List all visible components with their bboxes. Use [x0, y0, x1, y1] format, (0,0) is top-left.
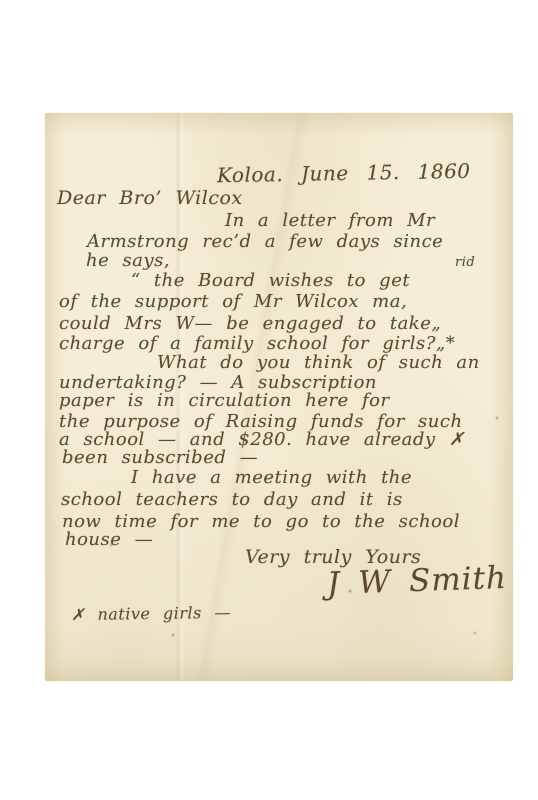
- letter-line: I have a meeting with the: [131, 467, 412, 488]
- letter-line: he says,: [86, 250, 170, 271]
- letter-line: of the support of Mr Wilcox ma,: [59, 291, 407, 312]
- letter-line: In a letter from Mr: [225, 210, 435, 231]
- inserted-word-rid: rid: [455, 255, 475, 270]
- dateline: Koloa. June 15. 1860: [217, 159, 471, 187]
- letter-line: Armstrong rec’d a few days since: [87, 231, 443, 252]
- letter-line: been subscribed —: [62, 447, 258, 468]
- scan-view: Koloa. June 15. 1860 Dear Bro’ Wilcox In…: [0, 0, 538, 800]
- salutation: Dear Bro’ Wilcox: [57, 187, 243, 209]
- letter-line: paper is in circulation here for: [59, 390, 390, 411]
- letter-line: charge of a family school for girls?„*: [59, 333, 455, 354]
- letter-paper: Koloa. June 15. 1860 Dear Bro’ Wilcox In…: [45, 113, 513, 681]
- letter-line: school teachers to day and it is: [61, 489, 403, 510]
- letter-line: house —: [65, 529, 153, 550]
- letter-line: could Mrs W— be engaged to take„: [59, 313, 441, 334]
- letter-line: “ the Board wishes to get: [131, 270, 410, 291]
- footnote: ✗ native girls —: [71, 603, 231, 624]
- signature: J W Smith: [326, 560, 507, 602]
- letter-line: What do you think of such an: [157, 352, 480, 373]
